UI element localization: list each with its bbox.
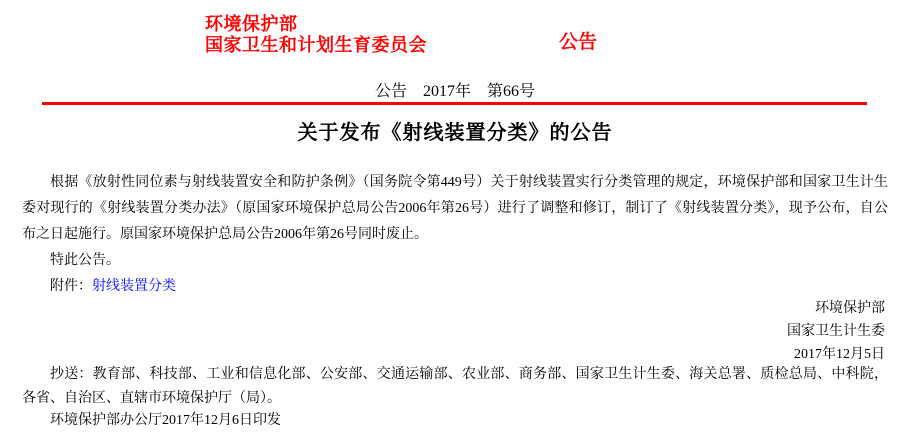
announcement-label: 公告 bbox=[559, 27, 597, 54]
announcement-document: 环境保护部 国家卫生和计划生育委员会 公告 公告 2017年 第66号 关于发布… bbox=[0, 0, 910, 444]
signature-agency-1: 环境保护部 bbox=[787, 297, 885, 320]
signature-agency-2: 国家卫生计生委 bbox=[787, 320, 885, 343]
document-header: 环境保护部 国家卫生和计划生育委员会 bbox=[205, 14, 427, 56]
red-divider-line bbox=[42, 102, 867, 105]
attachment-line: 附件：射线装置分类 bbox=[22, 274, 888, 300]
agency-name-line1: 环境保护部 bbox=[205, 14, 427, 35]
attachment-label: 附件： bbox=[50, 279, 92, 294]
print-info-line: 环境保护部办公厅2017年12月6日印发 bbox=[22, 412, 281, 430]
document-number: 公告 2017年 第66号 bbox=[0, 78, 910, 101]
body-paragraph: 根据《放射性同位素与射线装置安全和防护条例》（国务院令第449号）关于射线装置实… bbox=[22, 170, 888, 248]
cc-line: 抄送：教育部、科技部、工业和信息化部、公安部、交通运输部、农业部、商务部、国家卫… bbox=[22, 363, 888, 411]
attachment-link[interactable]: 射线装置分类 bbox=[92, 279, 176, 294]
agency-name-line2: 国家卫生和计划生育委员会 bbox=[205, 35, 427, 56]
document-title: 关于发布《射线装置分类》的公告 bbox=[0, 116, 910, 145]
document-body: 根据《放射性同位素与射线装置安全和防护条例》（国务院令第449号）关于射线装置实… bbox=[22, 170, 888, 300]
signature-block: 环境保护部 国家卫生计生委 2017年12月5日 bbox=[787, 297, 885, 366]
closing-line: 特此公告。 bbox=[22, 248, 888, 274]
